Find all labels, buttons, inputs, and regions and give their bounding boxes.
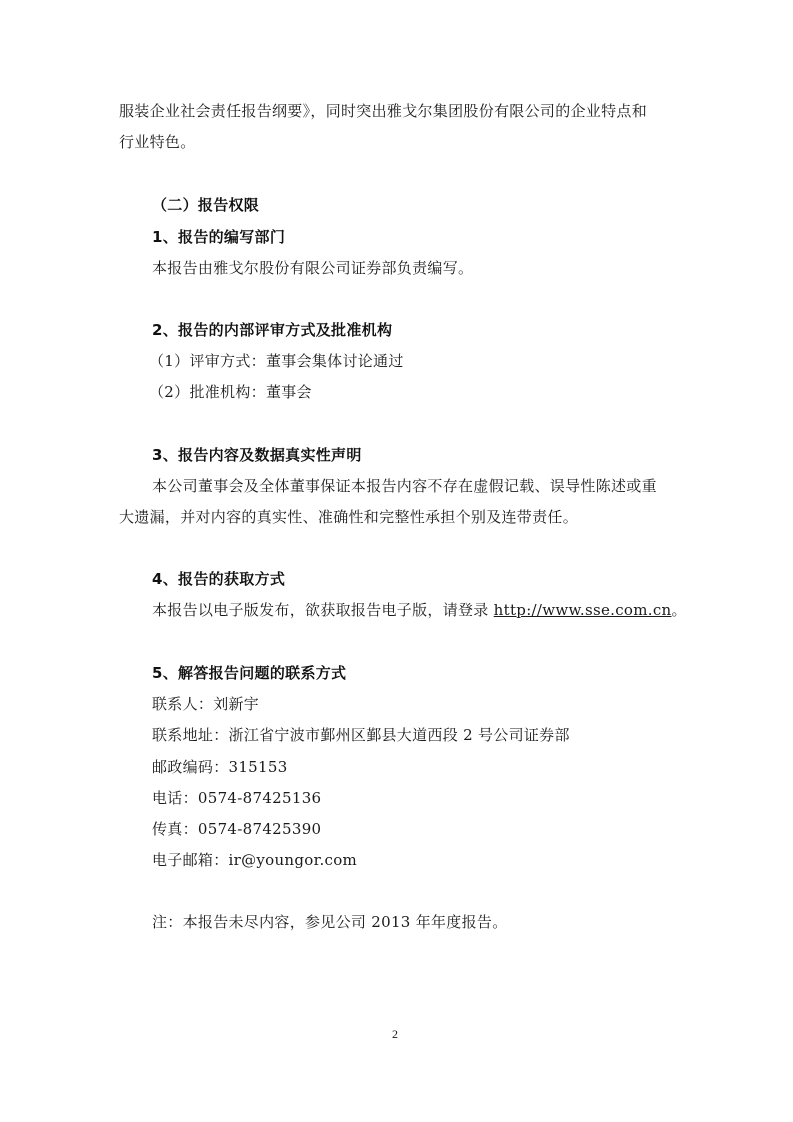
intro-line-2: 行业特色。 <box>119 132 196 152</box>
item-3-heading: 3、报告内容及数据真实性声明 <box>152 445 362 465</box>
item-5-heading: 5、解答报告问题的联系方式 <box>152 663 346 683</box>
intro-line-1: 服装企业社会责任报告纲要》，同时突出雅戈尔集团股份有限公司的企业特点和 <box>119 101 647 121</box>
contact-fax: 传真：0574-87425390 <box>152 819 321 839</box>
contact-postcode: 邮政编码：315153 <box>152 757 288 777</box>
contact-person: 联系人：刘新宇 <box>152 694 259 714</box>
item-1-text: 本报告由雅戈尔股份有限公司证券部负责编写。 <box>152 258 473 278</box>
footnote: 注：本报告未尽内容，参见公司 2013 年年度报告。 <box>152 912 508 932</box>
sse-website-link[interactable]: http://www.sse.com.cn <box>494 601 672 619</box>
item-2-review-method: （1）评审方式：董事会集体讨论通过 <box>149 351 404 371</box>
item-4-suffix: 。 <box>671 601 686 619</box>
item-4-heading: 4、报告的获取方式 <box>152 569 285 589</box>
item-2-heading: 2、报告的内部评审方式及批准机构 <box>152 320 392 340</box>
page-number: 2 <box>392 1027 398 1041</box>
contact-phone: 电话：0574-87425136 <box>152 788 321 808</box>
item-4-prefix: 本报告以电子版发布，欲获取报告电子版，请登录 <box>152 601 494 619</box>
item-2-approval-body: （2）批准机构：董事会 <box>149 382 312 402</box>
item-4-text: 本报告以电子版发布，欲获取报告电子版，请登录 http://www.sse.co… <box>152 600 687 620</box>
contact-address: 联系地址：浙江省宁波市鄞州区鄞县大道西段 2 号公司证券部 <box>152 725 570 745</box>
document-page: 服装企业社会责任报告纲要》，同时突出雅戈尔集团股份有限公司的企业特点和 行业特色… <box>0 0 793 1122</box>
item-1-heading: 1、报告的编写部门 <box>152 227 285 247</box>
item-3-text-line-2: 大遗漏，并对内容的真实性、准确性和完整性承担个别及连带责任。 <box>119 507 578 527</box>
section-title: （二）报告权限 <box>152 195 259 215</box>
contact-email: 电子邮箱：ir@youngor.com <box>152 850 357 870</box>
item-3-text-line-1: 本公司董事会及全体董事保证本报告内容不存在虚假记载、误导性陈述或重 <box>152 476 657 496</box>
